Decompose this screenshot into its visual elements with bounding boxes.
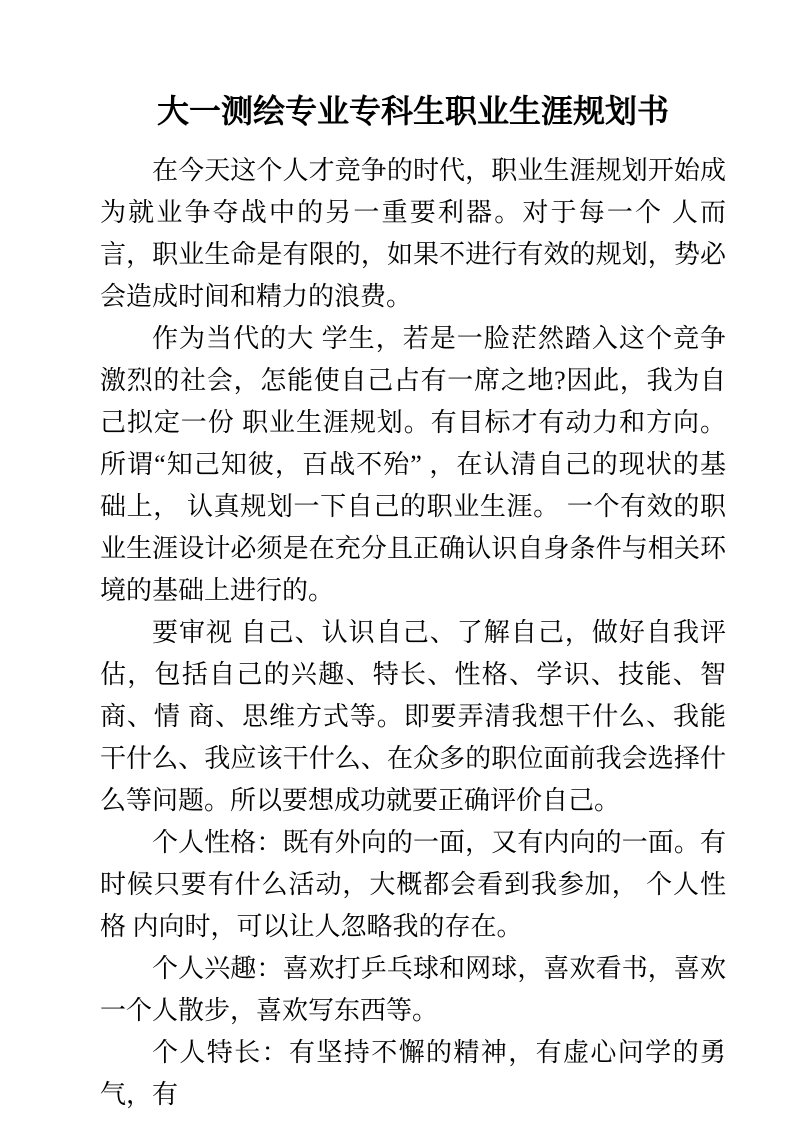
document-page: 大一测绘专业专科生职业生涯规划书 在今天这个人才竞争的时代，职业生涯规划开始成为… [0, 0, 793, 1122]
document-title: 大一测绘专业专科生职业生涯规划书 [100, 88, 726, 134]
paragraph: 作为当代的大 学生，若是一脸茫然踏入这个竞争激烈的社会，怎能使自己占有一席之地?… [100, 318, 726, 612]
document-content: 大一测绘专业专科生职业生涯规划书 在今天这个人才竞争的时代，职业生涯规划开始成为… [0, 0, 793, 1116]
document-body: 在今天这个人才竞争的时代，职业生涯规划开始成为就业争夺战中的另一重要利器。对于每… [100, 150, 726, 1116]
paragraph: 个人特长：有坚持不懈的精神，有虚心问学的勇气，有 [100, 1032, 726, 1116]
paragraph: 在今天这个人才竞争的时代，职业生涯规划开始成为就业争夺战中的另一重要利器。对于每… [100, 150, 726, 318]
paragraph: 个人兴趣：喜欢打乒乓球和网球，喜欢看书，喜欢一个人散步，喜欢写东西等。 [100, 948, 726, 1032]
paragraph: 个人性格：既有外向的一面，又有内向的一面。有时候只要有什么活动，大概都会看到我参… [100, 822, 726, 948]
paragraph: 要审视 自己、认识自己、了解自己，做好自我评估，包括自己的兴趣、特长、性格、学识… [100, 612, 726, 822]
